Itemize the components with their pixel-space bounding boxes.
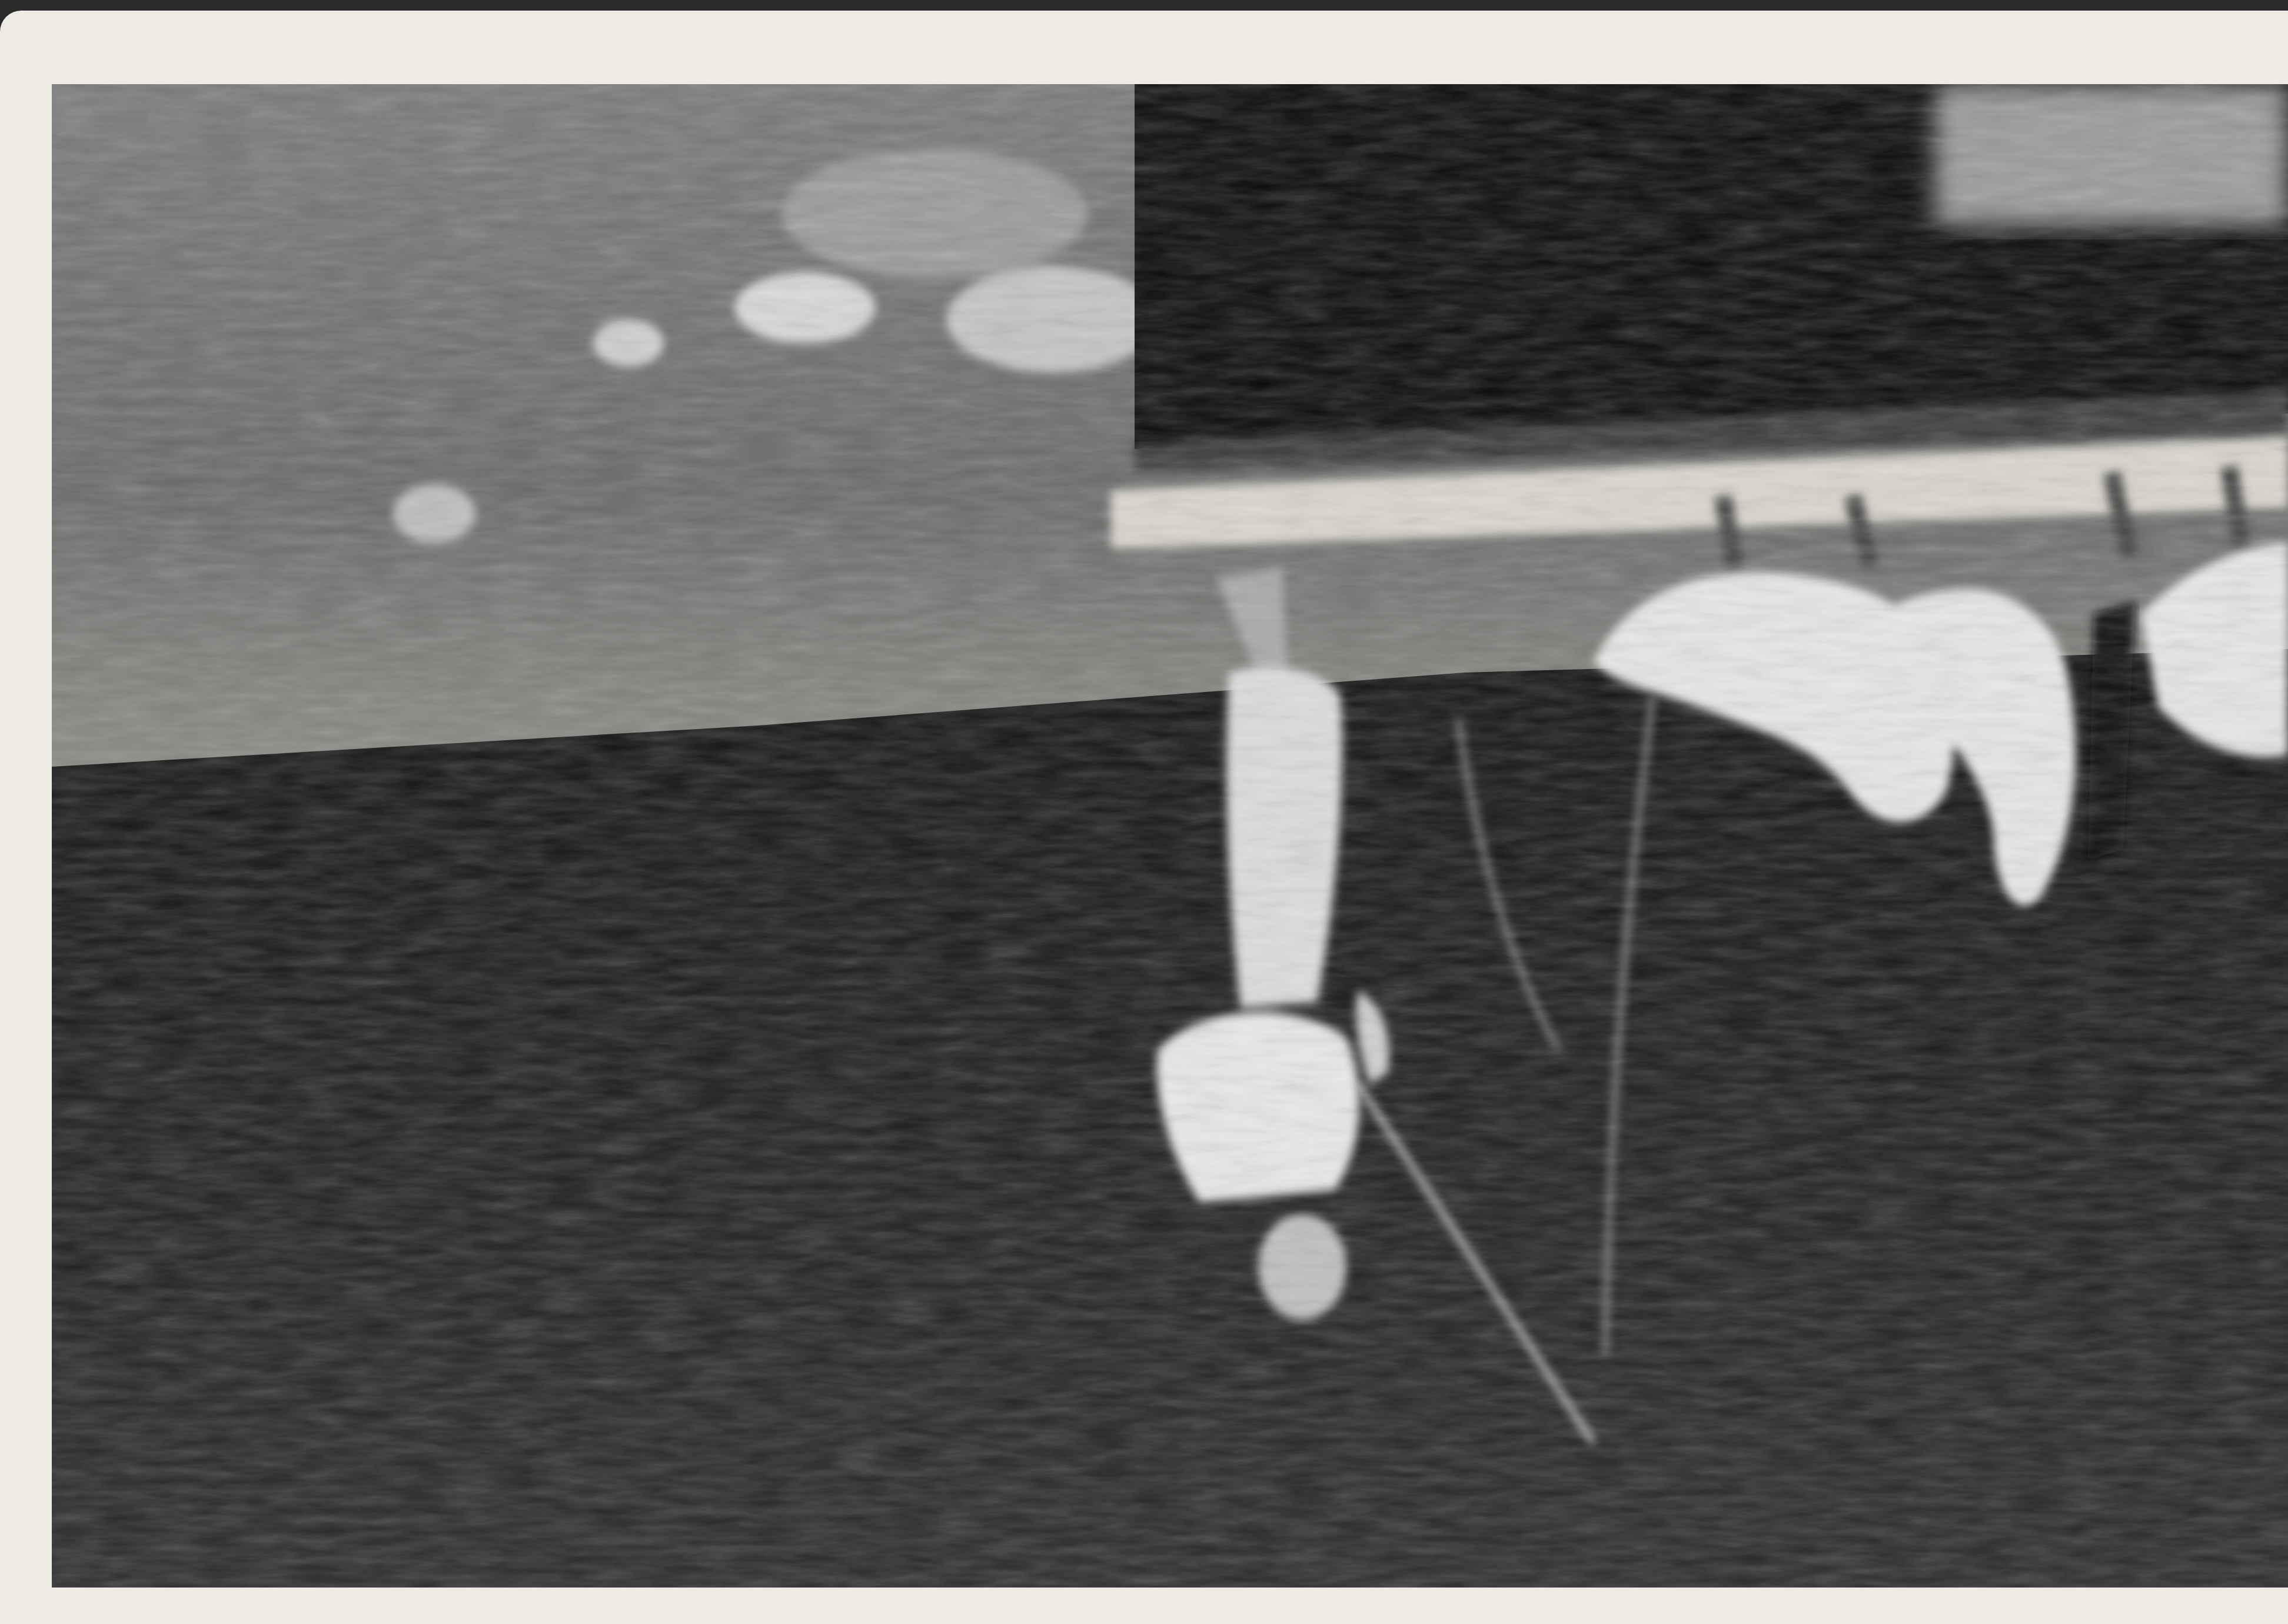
film-grain — [52, 84, 2288, 1588]
photo-scene — [52, 84, 2288, 1588]
photograph — [52, 84, 2288, 1588]
photo-print-border — [0, 11, 2288, 1624]
